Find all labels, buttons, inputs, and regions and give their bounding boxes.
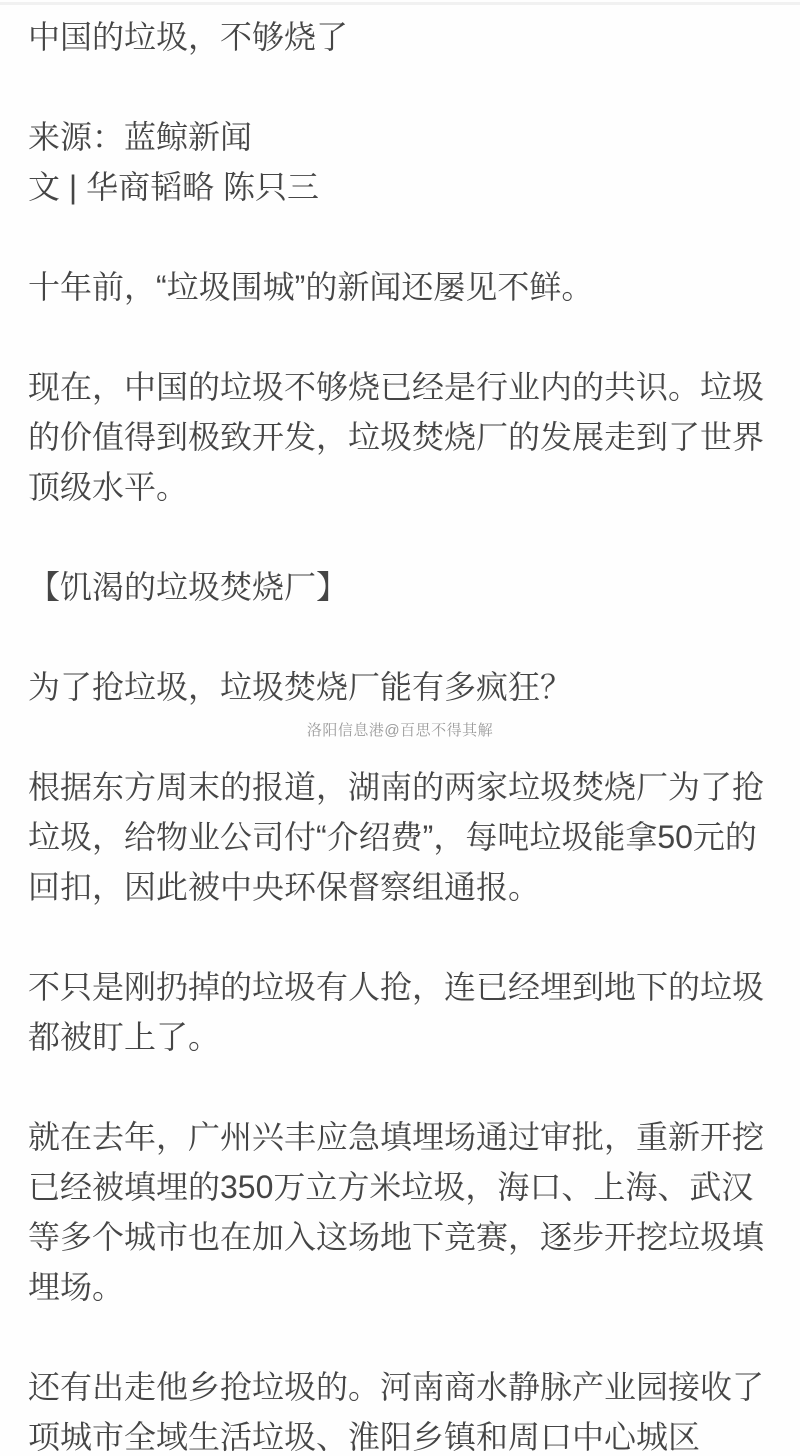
paragraph: 为了抢垃圾，垃圾焚烧厂能有多疯狂？	[28, 662, 772, 712]
paragraph: 就在去年，广州兴丰应急填埋场通过审批，重新开挖已经被填埋的350万立方米垃圾，海…	[28, 1112, 772, 1312]
paragraph: 十年前，“垃圾围城”的新闻还屡见不鲜。	[28, 262, 772, 312]
article-page: 中国的垃圾，不够烧了 来源：蓝鲸新闻 文 | 华商韬略 陈只三 十年前，“垃圾围…	[0, 0, 800, 1456]
section-heading: 【饥渴的垃圾焚烧厂】	[28, 562, 772, 612]
paragraph: 现在，中国的垃圾不够烧已经是行业内的共识。垃圾的价值得到极致开发，垃圾焚烧厂的发…	[28, 362, 772, 512]
paragraph: 根据东方周末的报道，湖南的两家垃圾焚烧厂为了抢垃圾，给物业公司付“介绍费”，每吨…	[28, 762, 772, 912]
watermark-text: 洛阳信息港@百思不得其解	[28, 712, 772, 762]
article-source: 来源：蓝鲸新闻	[28, 112, 772, 162]
paragraph: 还有出走他乡抢垃圾的。河南商水静脉产业园接收了项城市全域生活垃圾、淮阳乡镇和周口…	[28, 1362, 772, 1456]
article-title: 中国的垃圾，不够烧了	[28, 12, 772, 62]
paragraph: 不只是刚扔掉的垃圾有人抢，连已经埋到地下的垃圾都被盯上了。	[28, 962, 772, 1062]
top-divider	[0, 2, 800, 5]
article-byline: 文 | 华商韬略 陈只三	[28, 162, 772, 212]
